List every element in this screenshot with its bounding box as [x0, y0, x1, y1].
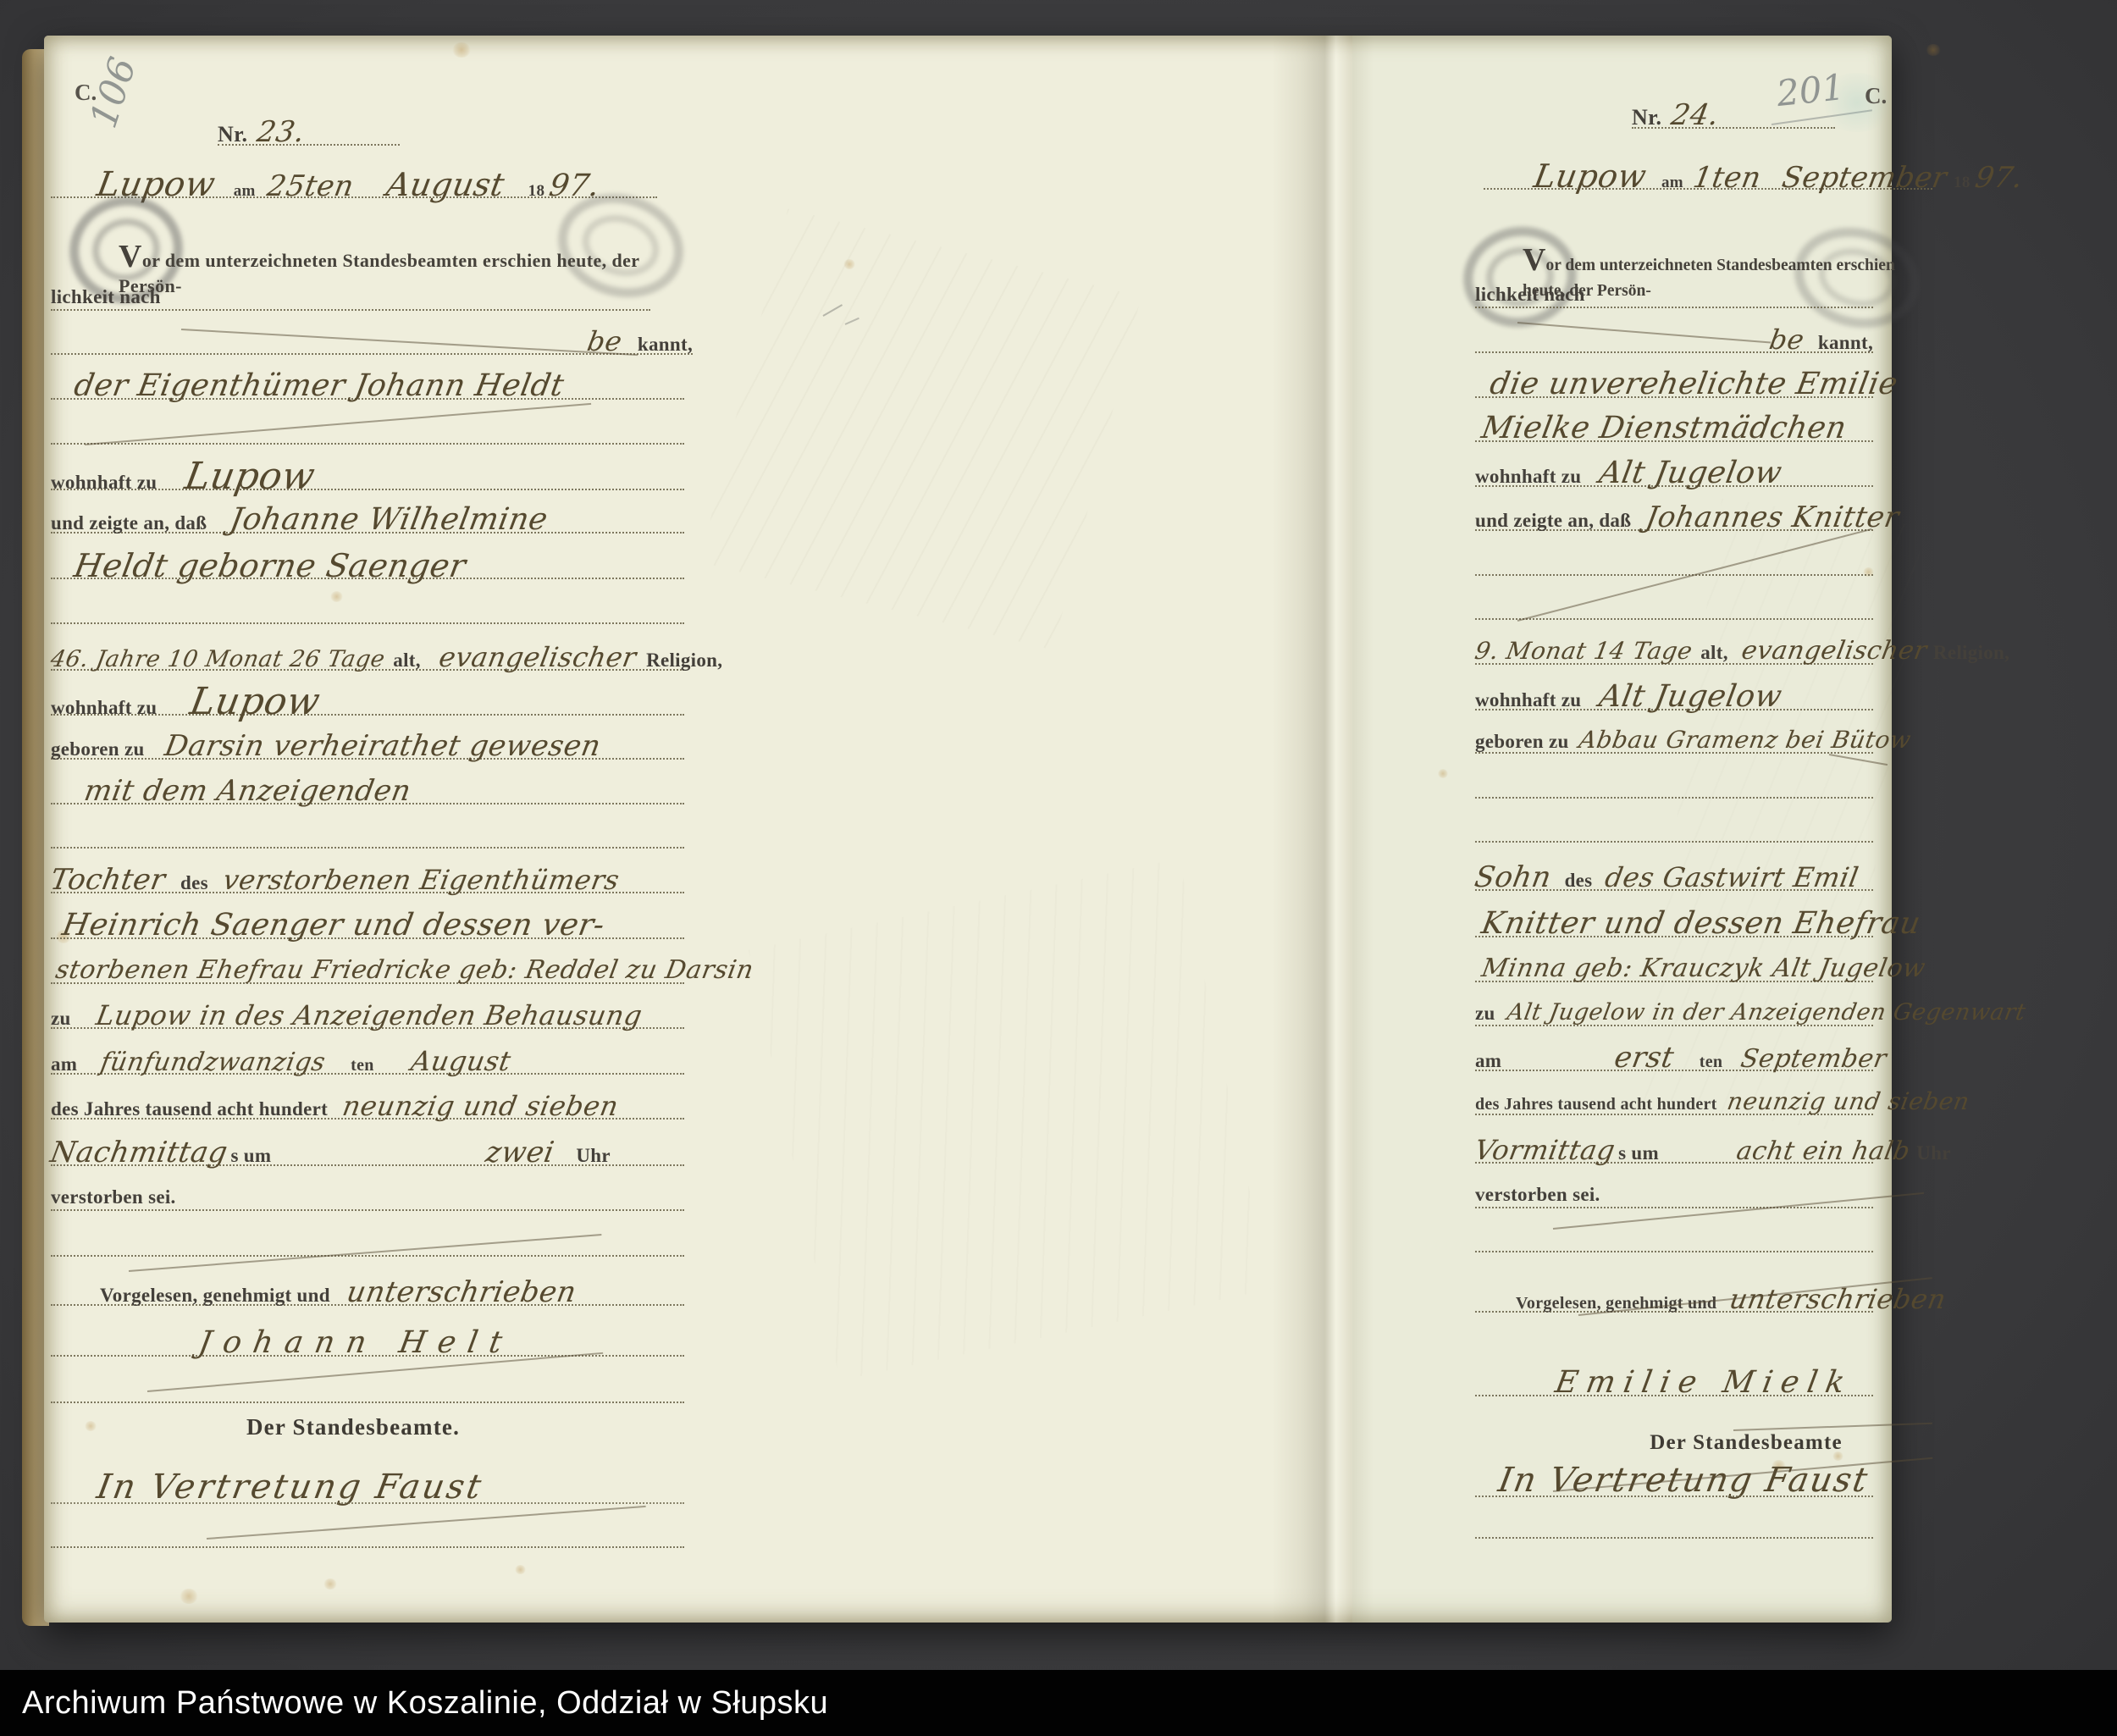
kannt-label: kannt, — [638, 334, 693, 355]
be-written: be — [1767, 323, 1807, 356]
form-label: geboren zu — [51, 738, 145, 760]
residence-row: wohnhaft zu Lupow — [51, 453, 684, 490]
death-month-written: September — [1738, 1043, 1889, 1075]
ruled-line — [51, 587, 684, 624]
record-number: 24. — [1669, 99, 1722, 131]
death-date-row: am fünfundzwanzigs ten August — [51, 1037, 684, 1075]
form-label: des Jahres tausend acht hundert — [51, 1098, 328, 1120]
age-religion-row: 9. Monat 14 Tage alt, evangelischer Reli… — [1475, 628, 1873, 665]
registrar-title: Der Standesbeamte — [1606, 1431, 1886, 1455]
deceased-name-written: Johannes Knitter — [1644, 501, 1902, 534]
deceased-confirmation-row: verstorben sei. — [51, 1174, 684, 1211]
alt-label: alt, — [1700, 642, 1728, 663]
year-printed: 18 — [1954, 174, 1971, 191]
report-row: und zeigte an, daß Johannes Knitter — [1475, 494, 1873, 531]
book-gutter — [1272, 36, 1374, 1623]
alt-label: alt, — [393, 650, 421, 671]
am-label: am — [51, 1053, 77, 1075]
um-label: s um — [230, 1145, 271, 1166]
residence-written: Lupow — [183, 461, 318, 493]
hour-written: zwei — [484, 1136, 557, 1169]
form-label: wohnhaft zu — [1475, 466, 1581, 487]
death-day-written: erst — [1612, 1042, 1677, 1074]
birthplace-row: mit dem Anzeigenden — [51, 767, 684, 804]
record-number-row: Nr. 23. — [218, 108, 400, 146]
am-label: am — [1475, 1050, 1501, 1071]
declarant-signature: Johann Helt — [196, 1327, 517, 1359]
signature-row: Johann Helt — [51, 1319, 684, 1357]
religion-written: evangelischer — [1738, 635, 1929, 667]
attestation-row: Vorgelesen, genehmigt und unterschrieben — [1475, 1275, 1873, 1313]
family-written: des Gastwirt Emil — [1603, 861, 1861, 893]
form-label: wohnhaft zu — [51, 472, 157, 493]
unterschrieben-written: unterschrieben — [344, 1276, 578, 1308]
religion-label: Religion, — [646, 650, 722, 671]
record-number-row: Nr. 24. — [1632, 91, 1835, 129]
form-label: lichkeit nach — [51, 286, 161, 307]
ruled-line — [1475, 1460, 1873, 1497]
form-label: und zeigte an, daß — [51, 512, 207, 534]
family-written: storbenen Ehefrau Friedricke geb: Reddel… — [53, 954, 756, 987]
nr-label: Nr. — [1632, 105, 1661, 130]
am-label: am — [1661, 174, 1683, 191]
deceased-name-written: Heldt geborne Saenger — [72, 550, 469, 582]
declarant-written: der Eigenthümer Johann Heldt — [72, 370, 567, 402]
age-religion-row: 46. Jahre 10 Monat 26 Tage alt, evangeli… — [51, 633, 684, 671]
religion-label: Religion, — [1933, 642, 2009, 663]
registrar-title: Der Standesbeamte. — [171, 1414, 535, 1440]
form-label: verstorben sei. — [51, 1186, 176, 1208]
date-row: Lupow am 25ten August 18 97. — [51, 161, 657, 198]
fox-stain — [843, 259, 855, 269]
des-label: des — [1565, 870, 1593, 891]
uhr-label: Uhr — [1916, 1142, 1951, 1164]
declarant-written: Mielke Dienstmädchen — [1479, 412, 1849, 445]
family-written: Knitter und dessen Ehefrau — [1479, 908, 1923, 940]
fox-stain — [1926, 44, 1941, 56]
fox-stain — [515, 1565, 526, 1574]
residence-row: wohnhaft zu Alt Jugelow — [1475, 673, 1873, 710]
birthplace-written: Darsin verheirathet gewesen — [162, 730, 603, 762]
death-place-row: zu Alt Jugelow in der Anzeigenden Gegenw… — [1475, 989, 1873, 1026]
ruled-line — [1475, 1501, 1873, 1539]
zu-label: zu — [51, 1008, 71, 1029]
fox-stain — [180, 1589, 198, 1604]
personal-status-row: lichkeit nach — [51, 274, 650, 311]
family-written: verstorbenen Eigenthümers — [220, 864, 622, 896]
ruled-line — [51, 811, 684, 849]
daytime-written: Nachmittag — [48, 1136, 230, 1169]
ruled-line — [51, 1511, 684, 1548]
daytime-written: Vormittag — [1473, 1134, 1618, 1166]
birthplace-written: Abbau Gramenz bei Bütow — [1576, 724, 1913, 756]
date-row: Lupow am 1ten September 18 97. — [1484, 152, 1932, 190]
ruled-line — [1475, 1215, 1873, 1252]
declarant-row: Mielke Dienstmädchen — [1475, 405, 1873, 442]
ruled-line — [1475, 761, 1873, 799]
archive-caption-bar: Archiwum Państwowe w Koszalinie, Oddział… — [0, 1670, 2117, 1736]
family-row: Heinrich Saenger und dessen ver- — [51, 902, 684, 939]
um-label: s um — [1618, 1142, 1659, 1164]
ten-label: ten — [1700, 1053, 1723, 1071]
family-row: Sohn des des Gastwirt Emil — [1475, 854, 1873, 891]
family-row: Minna geb: Krauczyk Alt Jugelow — [1475, 945, 1873, 982]
month-written: August — [384, 169, 507, 201]
day-written: 25ten — [264, 170, 356, 202]
personal-status-row: lichkeit nach — [1475, 271, 1873, 308]
ruled-line — [51, 1467, 684, 1504]
uhr-label: Uhr — [576, 1145, 611, 1166]
declarant-row: die unverehelichte Emilie — [1475, 361, 1873, 398]
day-written: 1ten — [1691, 162, 1764, 194]
death-day-written: fünfundzwanzigs — [98, 1047, 329, 1079]
family-row: storbenen Ehefrau Friedricke geb: Reddel… — [51, 947, 684, 984]
des-label: des — [180, 872, 208, 893]
acknowledgment-row: be kannt, — [51, 318, 693, 355]
ink-bleed-through — [749, 859, 1271, 1381]
death-month-written: August — [408, 1045, 513, 1077]
death-place-written: Alt Jugelow in der Anzeigenden Gegenwart — [1504, 997, 2027, 1029]
family-row: Tochter des verstorbenen Eigenthümers — [51, 856, 684, 893]
relation-written: Tochter — [48, 864, 169, 896]
kannt-label: kannt, — [1818, 332, 1873, 353]
form-label: wohnhaft zu — [1475, 689, 1581, 710]
ink-bleed-through — [699, 208, 1141, 650]
family-row: Knitter und dessen Ehefrau — [1475, 900, 1873, 937]
form-label: lichkeit nach — [1475, 284, 1585, 305]
signature-row: Emilie Mielk — [1475, 1359, 1873, 1396]
death-date-row: am erst ten September — [1475, 1034, 1873, 1071]
age-written: 9. Monat 14 Tage — [1473, 635, 1695, 667]
declarant-written: die unverehelichte Emilie — [1488, 368, 1900, 401]
relation-written: Sohn — [1473, 861, 1554, 893]
archive-caption: Archiwum Państwowe w Koszalinie, Oddział… — [0, 1685, 828, 1721]
zu-label: zu — [1475, 1003, 1495, 1024]
form-label: des Jahres tausend acht hundert — [1475, 1095, 1717, 1114]
form-label: und zeigte an, daß — [1475, 510, 1631, 531]
place-written: Lupow — [95, 169, 218, 201]
form-label: geboren zu — [1475, 731, 1569, 752]
register-book-spread: C. 106 Nr. 23. Lupow am 25ten August 18 … — [44, 36, 1892, 1623]
religion-written: evangelischer — [436, 641, 638, 673]
page-number-pencil: 106 — [82, 53, 145, 134]
residence-written: Lupow — [188, 686, 323, 718]
form-label: verstorben sei. — [1475, 1184, 1600, 1205]
fox-stain — [85, 1421, 97, 1431]
am-label: am — [234, 182, 256, 200]
birthplace-written: mit dem Anzeigenden — [82, 775, 414, 807]
deceased-name-row: Heldt geborne Saenger — [51, 542, 684, 579]
hour-written: acht ein halb — [1734, 1136, 1913, 1168]
death-place-written: Lupow in des Anzeigenden Behausung — [93, 999, 644, 1031]
place-written: Lupow — [1532, 160, 1650, 192]
declarant-row: der Eigenthümer Johann Heldt — [51, 362, 684, 400]
deceased-name-written: Johanne Wilhelmine — [228, 504, 550, 536]
residence-row: wohnhaft zu Alt Jugelow — [1475, 450, 1873, 487]
year-written: neunzig und sieben — [340, 1090, 622, 1122]
birthplace-row: geboren zu Abbau Gramenz bei Bütow — [1475, 716, 1873, 754]
death-time-row: Vormittag s um acht ein halb Uhr — [1475, 1126, 1873, 1164]
fox-stain — [1438, 769, 1448, 778]
age-written: 46. Jahre 10 Monat 26 Tage — [48, 644, 388, 676]
residence-row: wohnhaft zu Lupow — [51, 678, 684, 716]
death-year-row: des Jahres tausend acht hundert neunzig … — [51, 1082, 684, 1120]
fox-stain — [452, 42, 471, 58]
declarant-signature: Emilie Mielk — [1553, 1367, 1855, 1399]
form-label: wohnhaft zu — [51, 697, 157, 718]
year-written: neunzig und sieben — [1724, 1086, 1971, 1118]
nr-label: Nr. — [218, 122, 247, 147]
year-written: 97. — [1972, 162, 2025, 194]
death-place-row: zu Lupow in des Anzeigenden Behausung — [51, 992, 684, 1029]
death-time-row: Nachmittag s um zwei Uhr — [51, 1129, 684, 1166]
year-printed: 18 — [528, 182, 545, 200]
ten-label: ten — [351, 1056, 374, 1075]
residence-written: Alt Jugelow — [1597, 457, 1785, 489]
form-label: Vorgelesen, genehmigt und — [100, 1285, 330, 1306]
record-number: 23. — [255, 116, 307, 148]
family-written: Minna geb: Krauczyk Alt Jugelow — [1479, 953, 1928, 985]
residence-written: Alt Jugelow — [1597, 681, 1785, 713]
report-row: und zeigte an, daß Johanne Wilhelmine — [51, 496, 684, 534]
death-year-row: des Jahres tausend acht hundert neunzig … — [1475, 1078, 1873, 1115]
family-written: Heinrich Saenger und dessen ver- — [60, 909, 607, 942]
month-written: September — [1780, 162, 1950, 194]
corner-letter: C. — [1865, 83, 1887, 109]
ruled-line — [1475, 805, 1873, 843]
birthplace-row: geboren zu Darsin verheirathet gewesen — [51, 722, 684, 760]
attestation-row: Vorgelesen, genehmigt und unterschrieben — [51, 1269, 684, 1306]
fox-stain — [323, 1578, 337, 1589]
ruled-line — [1475, 583, 1873, 620]
